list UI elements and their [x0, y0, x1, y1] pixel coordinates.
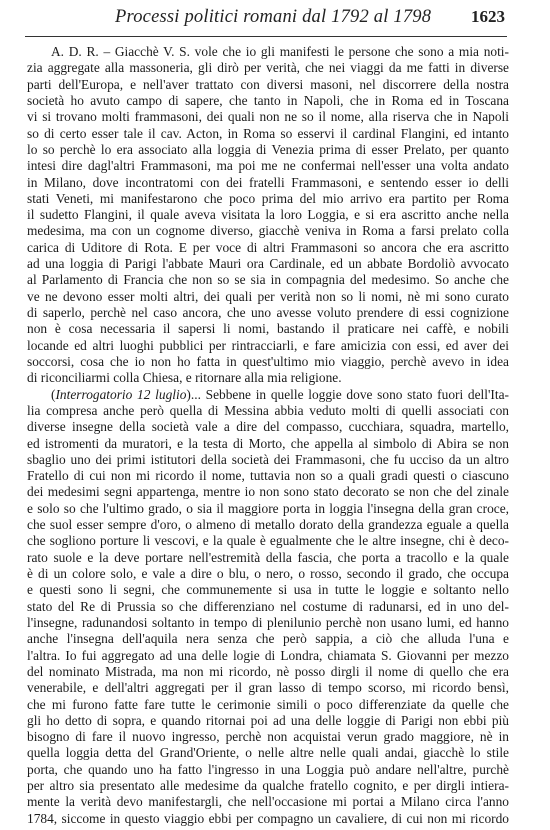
text-line: rato suole e la deve portare nell'estrem… [27, 550, 509, 566]
text-line: venerabile, e dell'altri aggregati per i… [27, 680, 509, 696]
page-number: 1623 [471, 7, 505, 27]
text-line: stato del Re di Prussia so che differenz… [27, 599, 509, 615]
text-line: soccorsi, cosa che io non ho fatta in qu… [27, 354, 509, 370]
text-line: l'altra. Io fui aggregato ad una delle l… [27, 648, 509, 664]
running-title: Processi politici romani dal 1792 al 179… [115, 7, 431, 28]
text-line: che mi furono fatte fare tutte le cerimo… [27, 697, 509, 713]
text-line: 1784, siccome in questo viaggio ebbi per… [27, 811, 509, 827]
document-body: A. D. R. – Giacchè V. S. vole che io gli… [27, 44, 509, 827]
text-line: il sudetto Flangini, il quale aveva visi… [27, 207, 509, 223]
text-line: ve ne devono esser molti altri, dei qual… [27, 289, 509, 305]
text-line: (Interrogatorio 12 luglio)... Sebbene in… [27, 387, 509, 403]
text-line: del nominato Mistrada, ma non mi ricordo… [27, 664, 509, 680]
text-line: l'insegne, radunandosi soltanto in tempo… [27, 615, 509, 631]
text-line: e solo so che l'ultimo grado, o sia il m… [27, 501, 509, 517]
text-line: in Milano, dove incontratomi con dei fra… [27, 175, 509, 191]
text-line: carica di Uditore di Rota. E per voce di… [27, 240, 509, 256]
text-line: dei medesimi segni appartenga, mentre io… [27, 484, 509, 500]
text-line: mente la verità devo manifestargli, che … [27, 794, 509, 810]
text-line: che suol esser sempre d'oro, o almeno di… [27, 517, 509, 533]
text-line: intesi dire dagl'altri Frammasoni, ma po… [27, 158, 509, 174]
text-line: ed istromenti da muratori, e la testa di… [27, 436, 509, 452]
paragraph-interrogatorio: (Interrogatorio 12 luglio)... Sebbene in… [27, 387, 509, 827]
text-line: so di certo esser tale il cav. Acton, in… [27, 126, 509, 142]
text-line: società ho avuto campo di sapere, che ta… [27, 93, 509, 109]
text-line: stati Veneti, mi manifestarono che poco … [27, 191, 509, 207]
text-line: lo so perchè lo era associato alla loggi… [27, 142, 509, 158]
text-line: ad una loggia di Parigi l'abbate Mauri o… [27, 256, 509, 272]
text-line: per altro sia presentato alle medesime d… [27, 778, 509, 794]
text-line: che sogliono porture li vescovi, e la qu… [27, 533, 509, 549]
text-line: di riconciliarmi colla Chiesa, e ritorna… [27, 370, 509, 386]
text-line: è di un colore solo, e vale a dire o blu… [27, 566, 509, 582]
text-line: lia compresa anche però quella di Messin… [27, 403, 509, 419]
text-line: porta, che quando uno ha fatto l'ingress… [27, 762, 509, 778]
text-line: vi si trovano molti frammasoni, dei qual… [27, 109, 509, 125]
text-line: sbaglio uno dei primi istitutori della s… [27, 452, 509, 468]
text-line: diverse insegne della società vale a dir… [27, 419, 509, 435]
text-line: anche l'insegna dell'aquila nera senza c… [27, 631, 509, 647]
text-line: bisogno di fare il nuovo ingresso, perch… [27, 729, 509, 745]
paragraph-adr: A. D. R. – Giacchè V. S. vole che io gli… [27, 44, 509, 387]
text-line: Fratello di cui non mi ricordo il nome, … [27, 468, 509, 484]
text-line: A. D. R. – Giacchè V. S. vole che io gli… [27, 44, 509, 60]
text-line: e questi sono li segni, che communemente… [27, 582, 509, 598]
text-line: parti dell'Europa, e nell'aver trattato … [27, 77, 509, 93]
text-line: di saperlo, perchè nel caso ancora, che … [27, 305, 509, 321]
text-line: medesima, ma con un cognome diverso, gia… [27, 223, 509, 239]
text-line: locande ed altri luoghi pubblici per rin… [27, 338, 509, 354]
interrogation-label: Interrogatorio 12 luglio [55, 387, 186, 402]
text-line: gli ho detto di sopra, e quando ritornai… [27, 713, 509, 729]
running-header: Processi politici romani dal 1792 al 179… [25, 4, 507, 32]
header-rule [25, 36, 507, 37]
text-line: non è cosa necessaria il sapersi li nomi… [27, 321, 509, 337]
text-line: al Parlamento di Francia che non so se s… [27, 272, 509, 288]
text-line: quella loggia detta del Grand'Oriente, o… [27, 745, 509, 761]
text-line: zia aggregate alla massoneria, gli dirò … [27, 60, 509, 76]
